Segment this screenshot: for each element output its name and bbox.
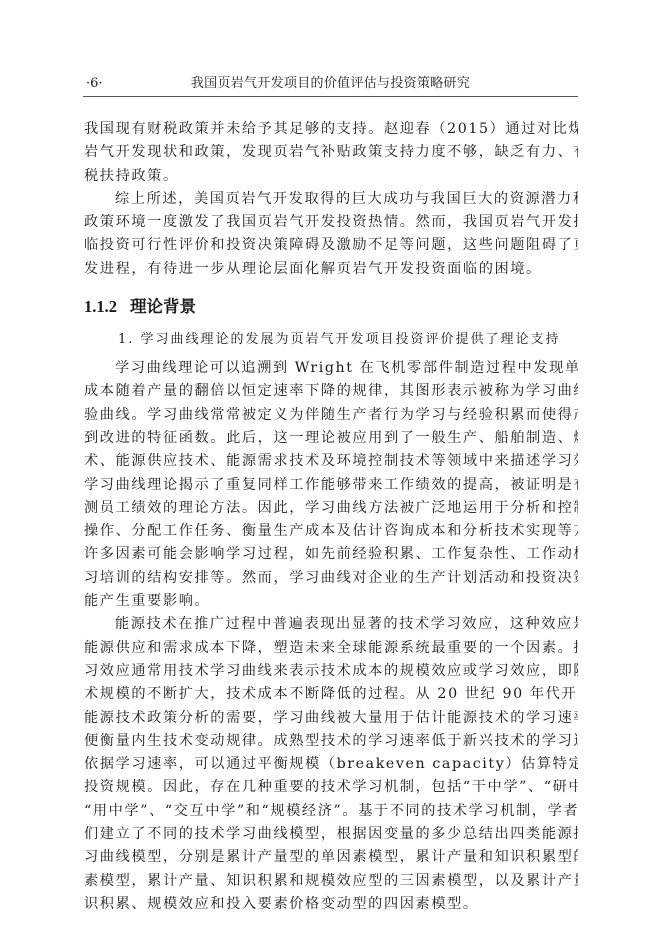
section-title: 理论背景 bbox=[130, 297, 196, 316]
text-line: 术、能源供应技术、能源需求技术及环境控制技术等领域中来描述学习效果。 bbox=[84, 450, 578, 473]
text-line: 岩气开发现状和政策，发现页岩气补贴政策支持力度不够，缺乏有力、有效的财 bbox=[84, 141, 578, 164]
text-line: 习培训的结构安排等。然而，学习曲线对企业的生产计划活动和投资决策也可 bbox=[84, 567, 578, 590]
text-line: 政策环境一度激发了我国页岩气开发投资热情。然而，我国页岩气开发投资仍面 bbox=[84, 211, 578, 234]
subsection-heading: 1. 学习曲线理论的发展为页岩气开发项目投资评价提供了理论支持 bbox=[84, 329, 578, 351]
paragraph-2: 综上所述，美国页岩气开发取得的巨大成功与我国巨大的资源潜力和利好的 政策环境一度… bbox=[84, 188, 578, 281]
section-number: 1.1.2 bbox=[84, 295, 130, 319]
running-title: 我国页岩气开发项目的价值评估与投资策略研究 bbox=[83, 74, 578, 94]
text-line: 术规模的不断扩大，技术成本不断降低的过程。从 20 世纪 90 年代开始，由于 bbox=[84, 683, 578, 706]
paragraph-3: 学习曲线理论可以追溯到 Wright 在飞机零部件制造过程中发现单位劳动力 成本… bbox=[84, 357, 578, 613]
page-body: 我国现有财税政策并未给予其足够的支持。赵迎春（2015）通过对比煤层气和页 岩气… bbox=[84, 118, 578, 916]
text-line: 学习曲线理论可以追溯到 Wright 在飞机零部件制造过程中发现单位劳动力 bbox=[84, 357, 578, 380]
text-line: 操作、分配工作任务、衡量生产成本及估计咨询成本和分析技术实现等方面。 bbox=[84, 520, 578, 543]
header-rule bbox=[83, 96, 578, 97]
text-line: “用中学”、“交互中学”和“规模经济”。基于不同的技术学习机制，学者 bbox=[84, 800, 578, 823]
paragraph-1: 我国现有财税政策并未给予其足够的支持。赵迎春（2015）通过对比煤层气和页 岩气… bbox=[84, 118, 578, 188]
text-line: 依据学习速率，可以通过平衡规模（breakeven capacity）估算特定产… bbox=[84, 753, 578, 776]
text-line: 习曲线模型，分别是累计产量型的单因素模型，累计产量和知识积累型的双因 bbox=[84, 846, 578, 869]
text-line: 成本随着产量的翻倍以恒定速率下降的规律，其图形表示被称为学习曲线或经 bbox=[84, 380, 578, 403]
text-line: 习效应通常用技术学习曲线来表示技术成本的规模效应或学习效应，即随着技 bbox=[84, 660, 578, 683]
text-line: 许多因素可能会影响学习过程，如先前经验积累、工作复杂性、工作动机及学 bbox=[84, 543, 578, 566]
text-line: 临投资可行性评价和投资决策障碍及激励不足等问题，这些问题阻碍了页岩气开 bbox=[84, 234, 578, 257]
text-line: 们建立了不同的技术学习曲线模型，根据因变量的多少总结出四类能源技术学 bbox=[84, 823, 578, 846]
text-line: 能源技术在推广过程中普遍表现出显著的技术学习效应，这种效应是推动 bbox=[84, 613, 578, 636]
text-line: 能源技术政策分析的需要，学习曲线被大量用于估计能源技术的学习速率，以 bbox=[84, 707, 578, 730]
paragraph-4: 能源技术在推广过程中普遍表现出显著的技术学习效应，这种效应是推动 能源供应和需求… bbox=[84, 613, 578, 916]
text-line: 识积累、规模效应和投入要素价格变动型的四因素模型。 bbox=[84, 893, 578, 916]
text-line: 素模型，累计产量、知识积累和规模效应型的三因素模型，以及累计产量、知 bbox=[84, 870, 578, 893]
text-line: 测员工绩效的理论方法。因此，学习曲线方法被广泛地运用于分析和控制生产 bbox=[84, 497, 578, 520]
text-line: 学习曲线理论揭示了重复同样工作能够带来工作绩效的提高，被证明是有效监 bbox=[84, 474, 578, 497]
section-heading: 1.1.2理论背景 bbox=[84, 295, 578, 319]
text-line: 验曲线。学习曲线常常被定义为伴随生产者行为学习与经验积累而使得产出得 bbox=[84, 404, 578, 427]
text-line: 投资规模。因此，存在几种重要的技术学习机制，包括“干中学”、“研中学”、 bbox=[84, 776, 578, 799]
running-header: ·6· 我国页岩气开发项目的价值评估与投资策略研究 bbox=[83, 74, 578, 94]
text-line: 能产生重要影响。 bbox=[84, 590, 578, 613]
text-line: 到改进的特征函数。此后，这一理论被应用到了一般生产、船舶制造、燃料技 bbox=[84, 427, 578, 450]
text-line: 税扶持政策。 bbox=[84, 165, 578, 188]
text-line: 能源供应和需求成本下降，塑造未来全球能源系统最重要的一个因素。技术学 bbox=[84, 637, 578, 660]
text-line: 发进程，有待进一步从理论层面化解页岩气开发投资面临的困境。 bbox=[84, 258, 578, 281]
text-line: 综上所述，美国页岩气开发取得的巨大成功与我国巨大的资源潜力和利好的 bbox=[84, 188, 578, 211]
text-line: 便衡量内生技术变动规律。成熟型技术的学习速率低于新兴技术的学习速率， bbox=[84, 730, 578, 753]
text-line: 我国现有财税政策并未给予其足够的支持。赵迎春（2015）通过对比煤层气和页 bbox=[84, 118, 578, 141]
